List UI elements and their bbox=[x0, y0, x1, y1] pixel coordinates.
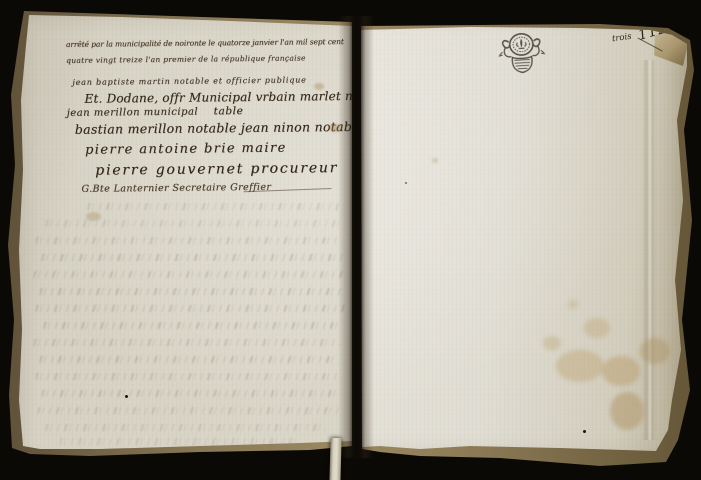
bleed-line bbox=[45, 220, 341, 227]
handwritten-line: bastian merillon notable jean ninon nota… bbox=[75, 119, 364, 137]
ink-speck bbox=[125, 395, 128, 398]
handwritten-line: Et. Dodane, offr Municipal vrbain marlet… bbox=[84, 89, 360, 106]
handwritten-line: arrêté par la municipalité de noironte l… bbox=[66, 37, 344, 49]
page-crease bbox=[642, 60, 656, 440]
binding-ribbon bbox=[329, 438, 341, 480]
bleed-line bbox=[39, 288, 340, 295]
foxing-spot bbox=[86, 212, 101, 221]
handwritten-line: pierre antoine brie maire bbox=[85, 141, 287, 158]
foxing-spot bbox=[314, 83, 324, 90]
handwritten-line: jean merillon municipal bbox=[67, 107, 199, 119]
stain bbox=[556, 350, 604, 382]
stain bbox=[602, 356, 640, 386]
handwritten-line: table bbox=[214, 105, 244, 117]
stain bbox=[584, 318, 610, 338]
bleed-line bbox=[39, 356, 338, 363]
stain bbox=[640, 338, 670, 364]
handwritten-line: jean baptiste martin notable et officier… bbox=[72, 75, 306, 86]
bleed-line bbox=[33, 339, 340, 346]
ink-speck bbox=[583, 430, 586, 433]
bleed-line bbox=[43, 322, 340, 329]
bleed-line bbox=[37, 407, 338, 414]
ink-speck bbox=[405, 182, 407, 184]
stain bbox=[568, 300, 578, 309]
bleed-line bbox=[35, 305, 344, 312]
bleed-line bbox=[33, 271, 344, 278]
bleed-line bbox=[41, 390, 336, 397]
bleed-line bbox=[35, 373, 340, 380]
bleed-line bbox=[35, 237, 341, 244]
bleed-line bbox=[41, 254, 342, 261]
manuscript-scan: arrêté par la municipalité de noironte l… bbox=[0, 0, 701, 480]
bleed-line bbox=[59, 438, 300, 445]
handwritten-line: pierre gouvernet procureur bbox=[95, 160, 338, 179]
foxing-spot bbox=[432, 158, 438, 163]
book-gutter bbox=[338, 16, 374, 458]
fiscal-stamp-icon bbox=[492, 27, 553, 88]
folio-word: trois bbox=[611, 32, 632, 45]
bleed-line bbox=[45, 424, 326, 431]
stain bbox=[610, 392, 644, 430]
signature-line: G.Bte Lanternier Secretaire Greffier bbox=[81, 182, 271, 195]
handwritten-line: quatre vingt treize l'an premier de la r… bbox=[66, 53, 306, 65]
stain bbox=[543, 336, 561, 350]
handwritten-entry: arrêté par la municipalité de noironte l… bbox=[0, 0, 362, 221]
